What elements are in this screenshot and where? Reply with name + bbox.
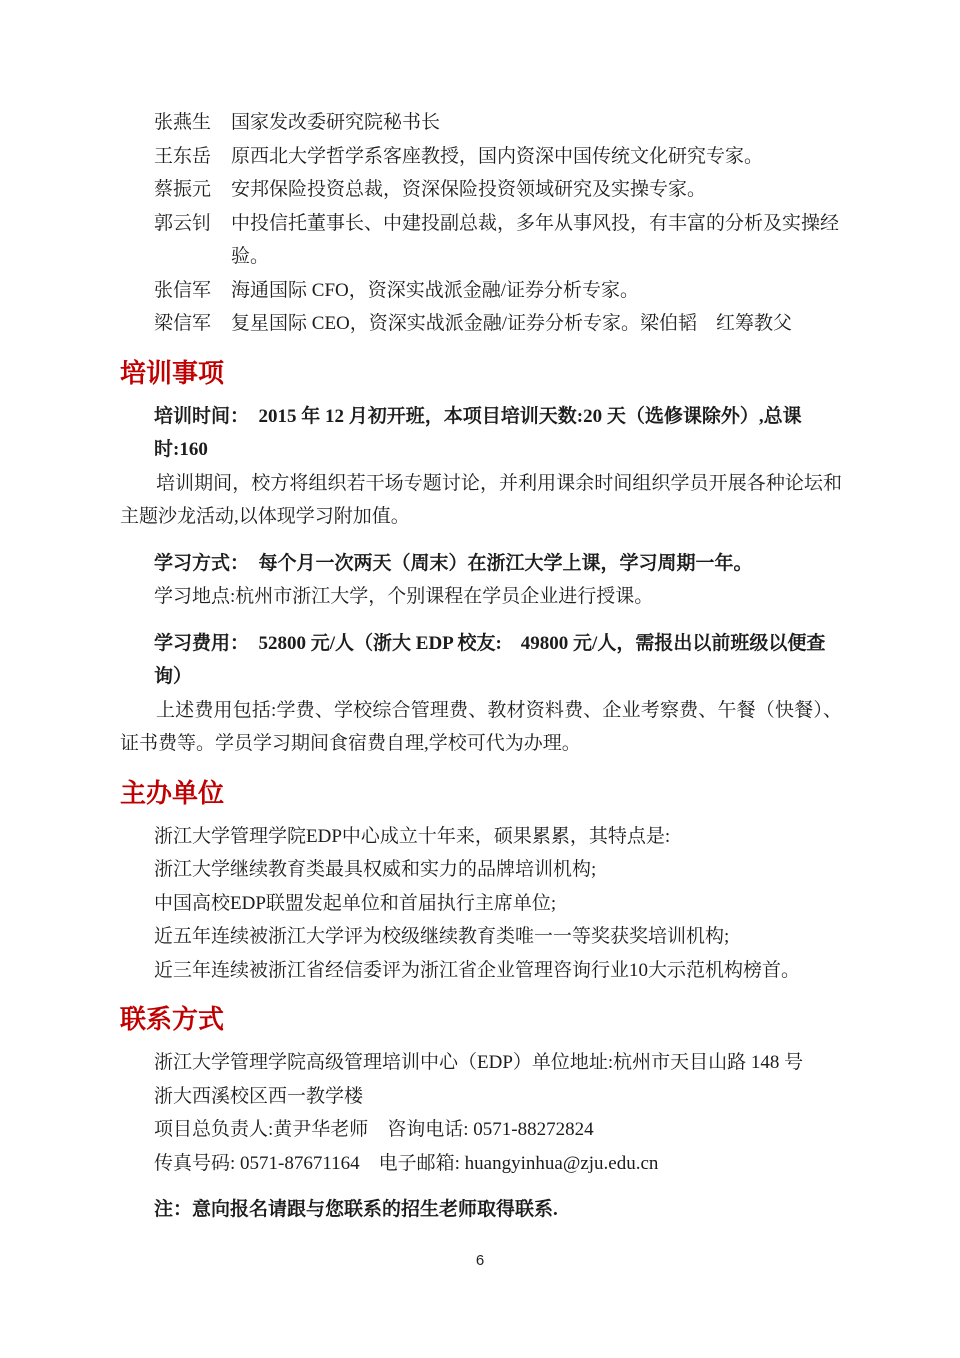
faculty-name: 蔡振元 — [154, 173, 211, 207]
contact-fax-email-line: 传真号码: 0571-87671164 电子邮箱: huangyinhua@zj… — [120, 1147, 842, 1181]
study-location-line: 学习地点:杭州市浙江大学，个别课程在学员企业进行授课。 — [120, 580, 842, 614]
faculty-desc: 中投信托董事长、中建投副总裁，多年从事风投，有丰富的分析及实操经验。 — [231, 207, 842, 274]
organizer-line: 近三年连续被浙江省经信委评为浙江省企业管理咨询行业10大示范机构榜首。 — [120, 954, 842, 988]
faculty-row: 蔡振元 安邦保险投资总裁，资深保险投资领域研究及实操专家。 — [120, 173, 842, 207]
organizer-list: 浙江大学管理学院EDP中心成立十年来，硕果累累，其特点是: 浙江大学继续教育类最… — [120, 820, 842, 988]
faculty-row: 梁信军 复星国际 CEO，资深实战派金融/证券分析专家。梁伯韬 红筹教父 — [120, 307, 842, 341]
signup-note-line: 注：意向报名请跟与您联系的招生老师取得联系. — [120, 1193, 842, 1227]
organizer-line: 中国高校EDP联盟发起单位和首届执行主席单位; — [120, 887, 842, 921]
section-heading-training: 培训事项 — [120, 355, 842, 391]
fee-note: 上述费用包括:学费、学校综合管理费、教材资料费、企业考察费、午餐（快餐）、证书费… — [120, 694, 842, 761]
faculty-list: 张燕生 国家发改委研究院秘书长 王东岳 原西北大学哲学系客座教授，国内资深中国传… — [120, 106, 842, 341]
section-heading-organizer: 主办单位 — [120, 775, 842, 811]
contact-manager-phone-line: 项目总负责人:黄尹华老师 咨询电话: 0571-88272824 — [120, 1113, 842, 1147]
page-number: 6 — [0, 1252, 960, 1269]
faculty-row: 郭云钊 中投信托董事长、中建投副总裁，多年从事风投，有丰富的分析及实操经验。 — [120, 207, 842, 274]
faculty-name: 张燕生 — [154, 106, 211, 140]
faculty-desc: 国家发改委研究院秘书长 — [231, 106, 842, 140]
faculty-desc: 复星国际 CEO，资深实战派金融/证券分析专家。梁伯韬 红筹教父 — [231, 307, 842, 341]
faculty-name: 梁信军 — [154, 307, 211, 341]
faculty-name: 郭云钊 — [154, 207, 211, 241]
faculty-name: 张信军 — [154, 274, 211, 308]
faculty-desc: 海通国际 CFO，资深实战派金融/证券分析专家。 — [231, 274, 842, 308]
section-heading-contact: 联系方式 — [120, 1001, 842, 1037]
organizer-line: 浙江大学管理学院EDP中心成立十年来，硕果累累，其特点是: — [120, 820, 842, 854]
document-content: 张燕生 国家发改委研究院秘书长 王东岳 原西北大学哲学系客座教授，国内资深中国传… — [0, 0, 960, 1227]
training-time-note: 培训期间，校方将组织若干场专题讨论，并利用课余时间组织学员开展各种论坛和主题沙龙… — [120, 467, 842, 534]
contact-address-line2: 浙大西溪校区西一教学楼 — [120, 1080, 842, 1114]
contact-address-line1: 浙江大学管理学院高级管理培训中心（EDP）单位地址:杭州市天目山路 148 号 — [120, 1046, 842, 1080]
faculty-row: 张燕生 国家发改委研究院秘书长 — [120, 106, 842, 140]
faculty-row: 张信军 海通国际 CFO，资深实战派金融/证券分析专家。 — [120, 274, 842, 308]
training-time-line: 培训时间： 2015 年 12 月初开班，本项目培训天数:20 天（选修课除外）… — [120, 400, 842, 467]
faculty-desc: 安邦保险投资总裁，资深保险投资领域研究及实操专家。 — [231, 173, 842, 207]
study-fee-line: 学习费用： 52800 元/人（浙大 EDP 校友: 49800 元/人，需报出… — [120, 627, 842, 694]
study-method-line: 学习方式： 每个月一次两天（周末）在浙江大学上课，学习周期一年。 — [120, 547, 842, 581]
organizer-line: 浙江大学继续教育类最具权威和实力的品牌培训机构; — [120, 853, 842, 887]
faculty-desc: 原西北大学哲学系客座教授，国内资深中国传统文化研究专家。 — [231, 140, 842, 174]
faculty-row: 王东岳 原西北大学哲学系客座教授，国内资深中国传统文化研究专家。 — [120, 140, 842, 174]
faculty-name: 王东岳 — [154, 140, 211, 174]
organizer-line: 近五年连续被浙江大学评为校级继续教育类唯一一等奖获奖培训机构; — [120, 920, 842, 954]
